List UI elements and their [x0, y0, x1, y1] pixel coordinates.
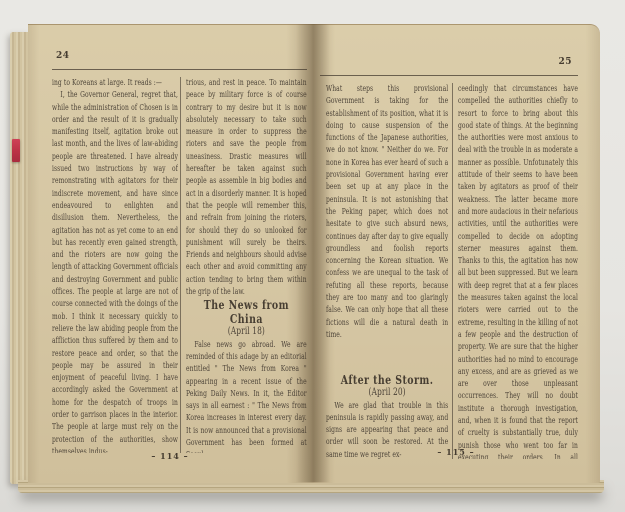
right-page-column-2: ceedingly that circumstances have compel… — [458, 83, 578, 459]
left-page-column-2: trious, and rest in peace. To maintain p… — [186, 77, 307, 453]
bookmark-ribbon — [12, 139, 20, 162]
right-page-column-1: What steps this provisional Government i… — [326, 83, 448, 459]
left-page-column-1: ing to Koreans at large. It reads :— I, … — [52, 77, 178, 453]
body-paragraph: False news go abroad. We are reminded of… — [186, 339, 307, 453]
section-date: (April 18) — [186, 326, 307, 338]
body-paragraph: What steps this provisional Government i… — [326, 83, 448, 341]
left-page: 24 ing to Koreans at large. It reads :— … — [28, 24, 312, 483]
open-book: 24 ing to Koreans at large. It reads :— … — [10, 24, 602, 492]
body-paragraph: trious, and rest in peace. To maintain p… — [186, 77, 307, 298]
page-edge-stack-left — [10, 32, 29, 484]
left-header-rule — [52, 69, 307, 70]
right-column-divider — [452, 83, 453, 459]
body-paragraph: I, the Governor General, regret that, wh… — [52, 89, 178, 453]
section-date: (April 20) — [326, 387, 448, 399]
right-page: 25 What steps this provisional Governmen… — [312, 24, 600, 483]
body-paragraph: ceedingly that circumstances have compel… — [458, 83, 578, 459]
section-heading: After the Storm. — [326, 373, 448, 387]
left-page-number: 24 — [56, 51, 70, 61]
right-page-footer: – 115 – — [312, 447, 600, 457]
left-column-divider — [180, 77, 181, 453]
right-page-number: 25 — [558, 57, 572, 67]
photo-background: 24 ing to Koreans at large. It reads :— … — [0, 0, 625, 512]
left-page-footer: – 114 – — [28, 451, 312, 461]
section-heading: The News from China — [186, 298, 307, 326]
body-paragraph: ing to Koreans at large. It reads :— — [52, 77, 178, 89]
right-header-rule — [320, 75, 578, 76]
